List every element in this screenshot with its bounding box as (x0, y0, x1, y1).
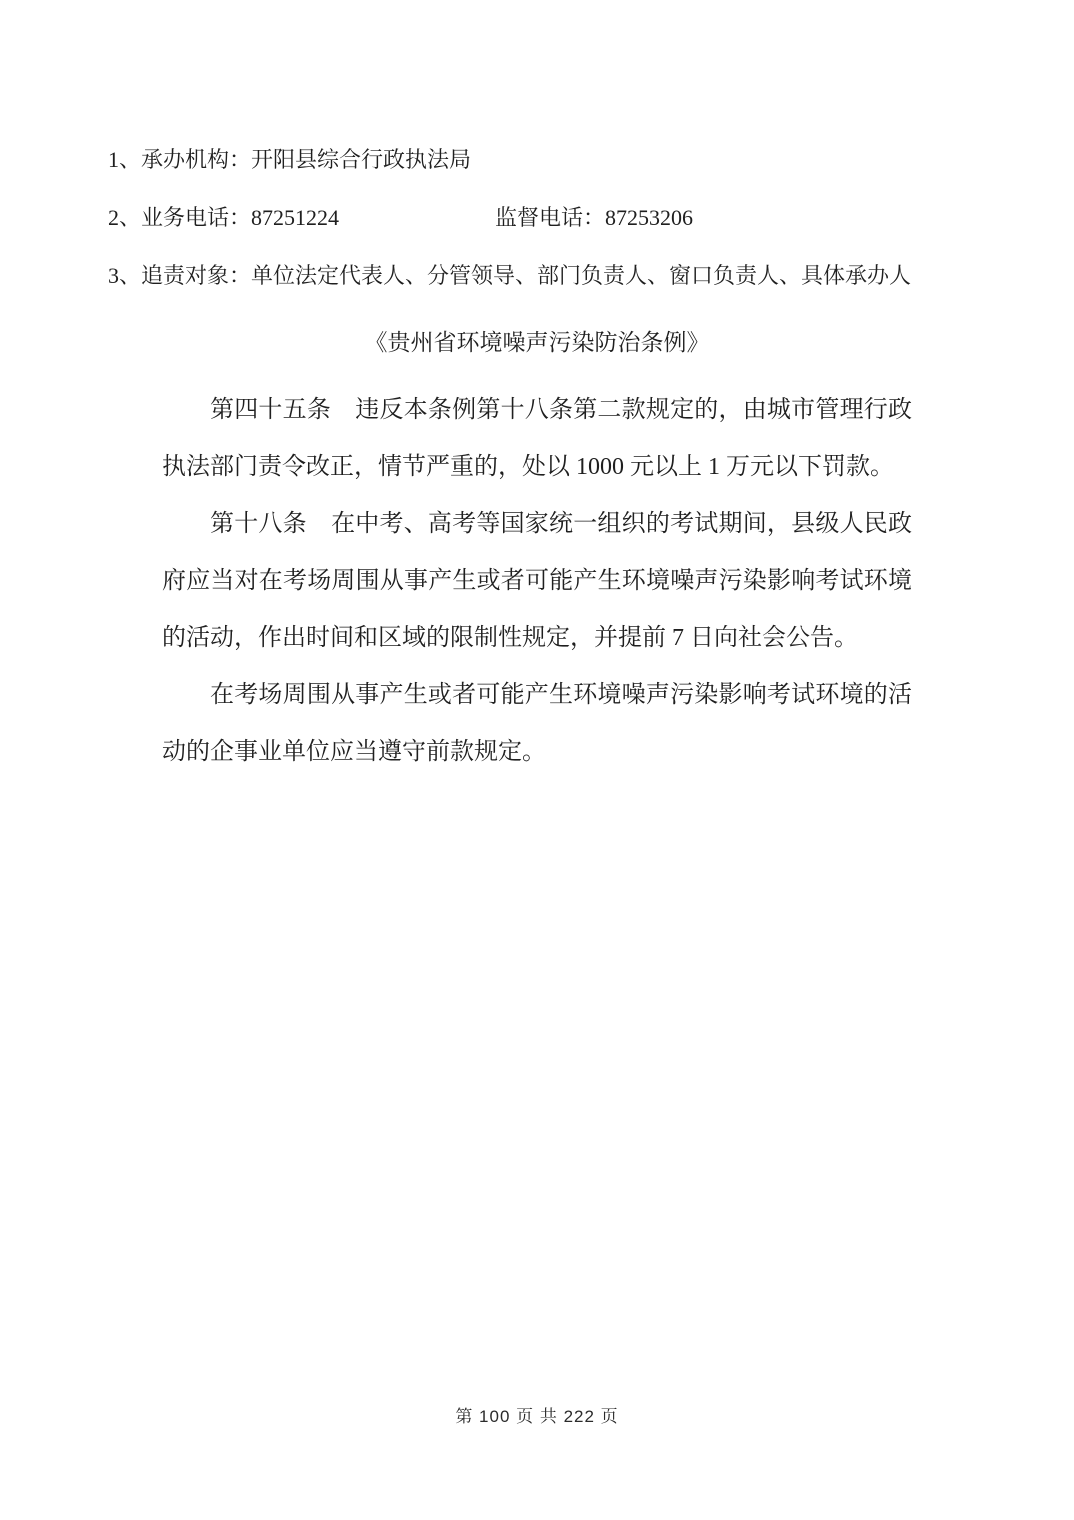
regulation-article-18: 第十八条 在中考、高考等国家统一组织的考试期间，县级人民政府应当对在考场周围从事… (162, 496, 912, 667)
regulation-article-18-clause-2: 在考场周围从事产生或者可能产生环境噪声污染影响考试环境的活动的企事业单位应当遵守… (162, 667, 912, 781)
page-number-indicator: 第 100 页 共 222 页 (0, 1402, 1074, 1427)
supervision-phone: 监督电话：87253206 (495, 204, 693, 233)
regulation-article-45: 第四十五条 违反本条例第十八条第二款规定的，由城市管理行政执法部门责令改正，情节… (162, 382, 912, 496)
accountability-targets-line: 3、追责对象：单位法定代表人、分管领导、部门负责人、窗口负责人、具体承办人 (108, 262, 911, 291)
business-phone: 2、业务电话：87251224 (108, 205, 339, 230)
document-page: 1、承办机构：开阳县综合行政执法局 2、业务电话：87251224 监督电话：8… (0, 0, 1074, 1520)
regulation-title: 《贵州省环境噪声污染防治条例》 (0, 328, 1074, 358)
regulation-body: 第四十五条 违反本条例第十八条第二款规定的，由城市管理行政执法部门责令改正，情节… (162, 382, 912, 781)
handling-agency-line: 1、承办机构：开阳县综合行政执法局 (108, 146, 471, 175)
phone-numbers-line: 2、业务电话：87251224 监督电话：87253206 (108, 204, 1074, 233)
